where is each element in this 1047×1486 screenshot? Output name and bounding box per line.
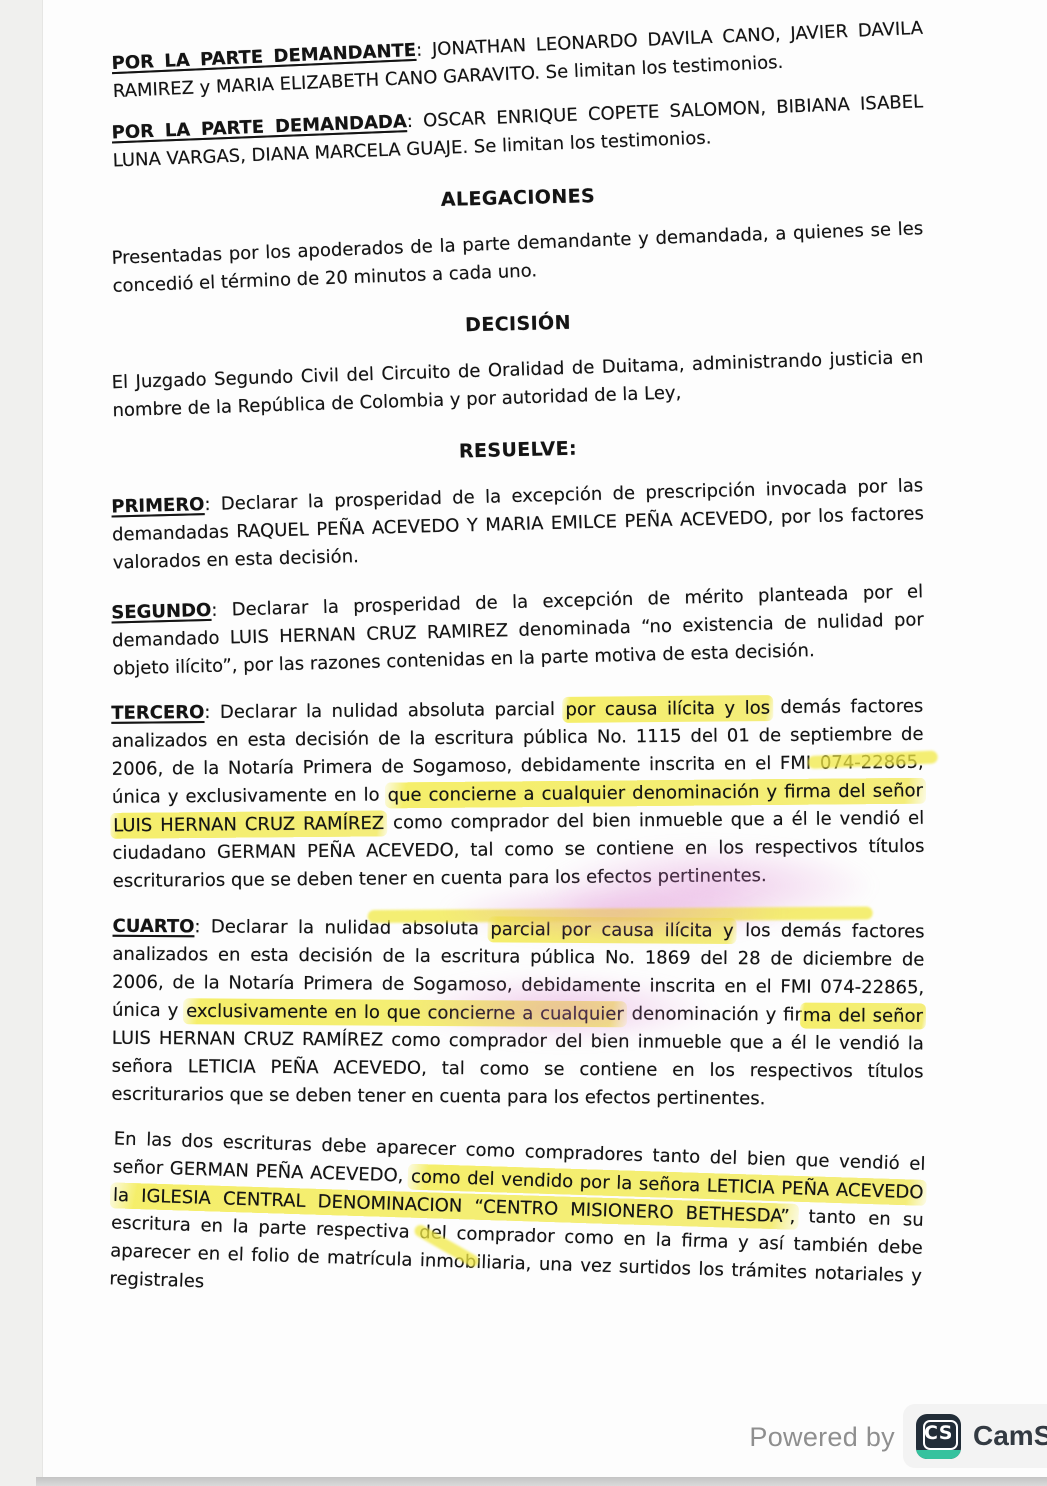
camscanner-logo-icon: CS: [916, 1414, 961, 1459]
heading-alegaciones: ALEGACIONES: [112, 174, 924, 222]
paragraph-decision: El Juzgado Segundo Civil del Circuito de…: [111, 344, 924, 425]
scanned-document-page: POR LA PARTE DEMANDANTE: JONATHAN LEONAR…: [0, 0, 1047, 1486]
text-cuarto-4: LUIS HERNAN CRUZ RAMÍREZ como comprador …: [111, 1028, 924, 1110]
paragraph-cuarto: CUARTO: Declarar la nulidad absoluta par…: [111, 913, 924, 1115]
text-cuarto-3: denominación y fir: [625, 1003, 802, 1025]
paragraph-segundo: SEGUNDO: Declarar la prosperidad de la e…: [111, 578, 925, 683]
highlighted-text: exclusivamente en lo que concierne a cua…: [183, 998, 627, 1027]
text-cuarto-1: : Declarar la nulidad absoluta: [194, 916, 489, 939]
scan-edge-strip: [0, 0, 43, 1486]
highlighted-text: ma del señor: [800, 1002, 926, 1029]
camscanner-brand-text: CamScanner: [973, 1420, 1047, 1452]
camscanner-logo-stripe: [916, 1450, 961, 1459]
paragraph-alegaciones: Presentadas por los apoderados de la par…: [111, 215, 925, 301]
camscanner-logo-initials: CS: [916, 1415, 961, 1451]
camscanner-watermark: Powered by CS CamScanner: [0, 1398, 1047, 1474]
camscanner-badge: CS CamScanner: [903, 1404, 1047, 1468]
heading-resuelve: RESUELVE:: [112, 426, 924, 474]
text-tercero-1: : Declarar la nulidad absoluta parcial: [204, 699, 564, 723]
label-segundo: SEGUNDO: [111, 600, 211, 624]
text-segundo: : Declarar la prosperidad de la excepció…: [112, 581, 924, 679]
powered-by-text: Powered by: [749, 1422, 895, 1453]
highlighted-text: parcial por causa ilícita y: [487, 916, 736, 944]
paragraph-primero: PRIMERO: Declarar la prosperidad de la e…: [111, 472, 925, 577]
paragraph-final: En las dos escrituras debe aparecer como…: [109, 1125, 926, 1318]
label-cuarto: CUARTO: [113, 916, 195, 938]
paragraph-parte-demandada: POR LA PARTE DEMANDADA: OSCAR ENRIQUE CO…: [111, 88, 925, 175]
highlighted-text: por causa ilícita y los: [562, 695, 773, 723]
paragraph-tercero: TERCERO: Declarar la nulidad absoluta pa…: [111, 693, 925, 896]
label-primero: PRIMERO: [111, 494, 205, 517]
scan-bottom-edge: [36, 1477, 1047, 1486]
text-primero: : Declarar la prosperidad de la excepció…: [112, 475, 924, 573]
heading-decision: DECISIÓN: [112, 300, 924, 348]
label-parte-demandada: POR LA PARTE DEMANDADA: [111, 111, 407, 143]
document-body: POR LA PARTE DEMANDANTE: JONATHAN LEONAR…: [112, 36, 924, 1316]
label-tercero: TERCERO: [111, 702, 204, 724]
